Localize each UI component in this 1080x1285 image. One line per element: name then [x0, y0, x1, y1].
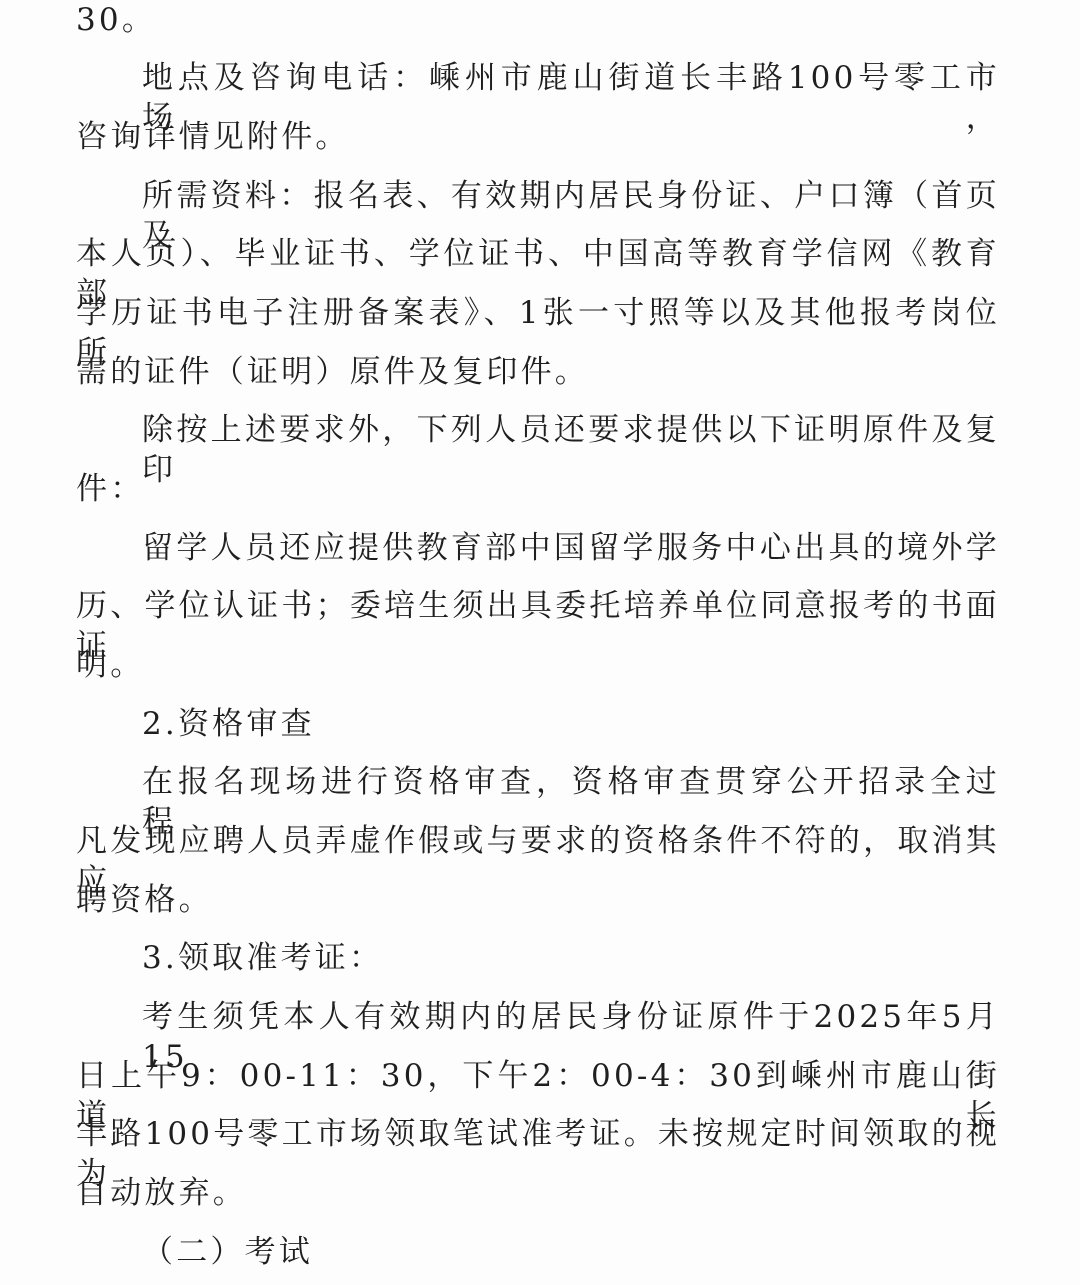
- text-line: 留学人员还应提供教育部中国留学服务中心出具的境外学: [142, 528, 1000, 568]
- text-line: 件：: [76, 469, 1000, 509]
- text-line: 需的证件（证明）原件及复印件。: [76, 352, 1000, 392]
- section-heading: （二）考试: [142, 1232, 1066, 1272]
- text-line: 自动放弃。: [76, 1173, 1000, 1213]
- text-line: 明。: [76, 645, 1000, 685]
- document-page: 30。 地点及咨询电话：嵊州市鹿山街道长丰路100号零工市场， 咨询详情见附件。…: [0, 0, 1080, 1285]
- section-heading: 3.领取准考证：: [142, 938, 1066, 978]
- text-line: 30。: [76, 0, 1000, 40]
- section-heading: 2.资格审查: [142, 704, 1066, 744]
- text-line: 咨询详情见附件。: [76, 117, 1000, 157]
- text-line: 聘资格。: [76, 880, 1000, 920]
